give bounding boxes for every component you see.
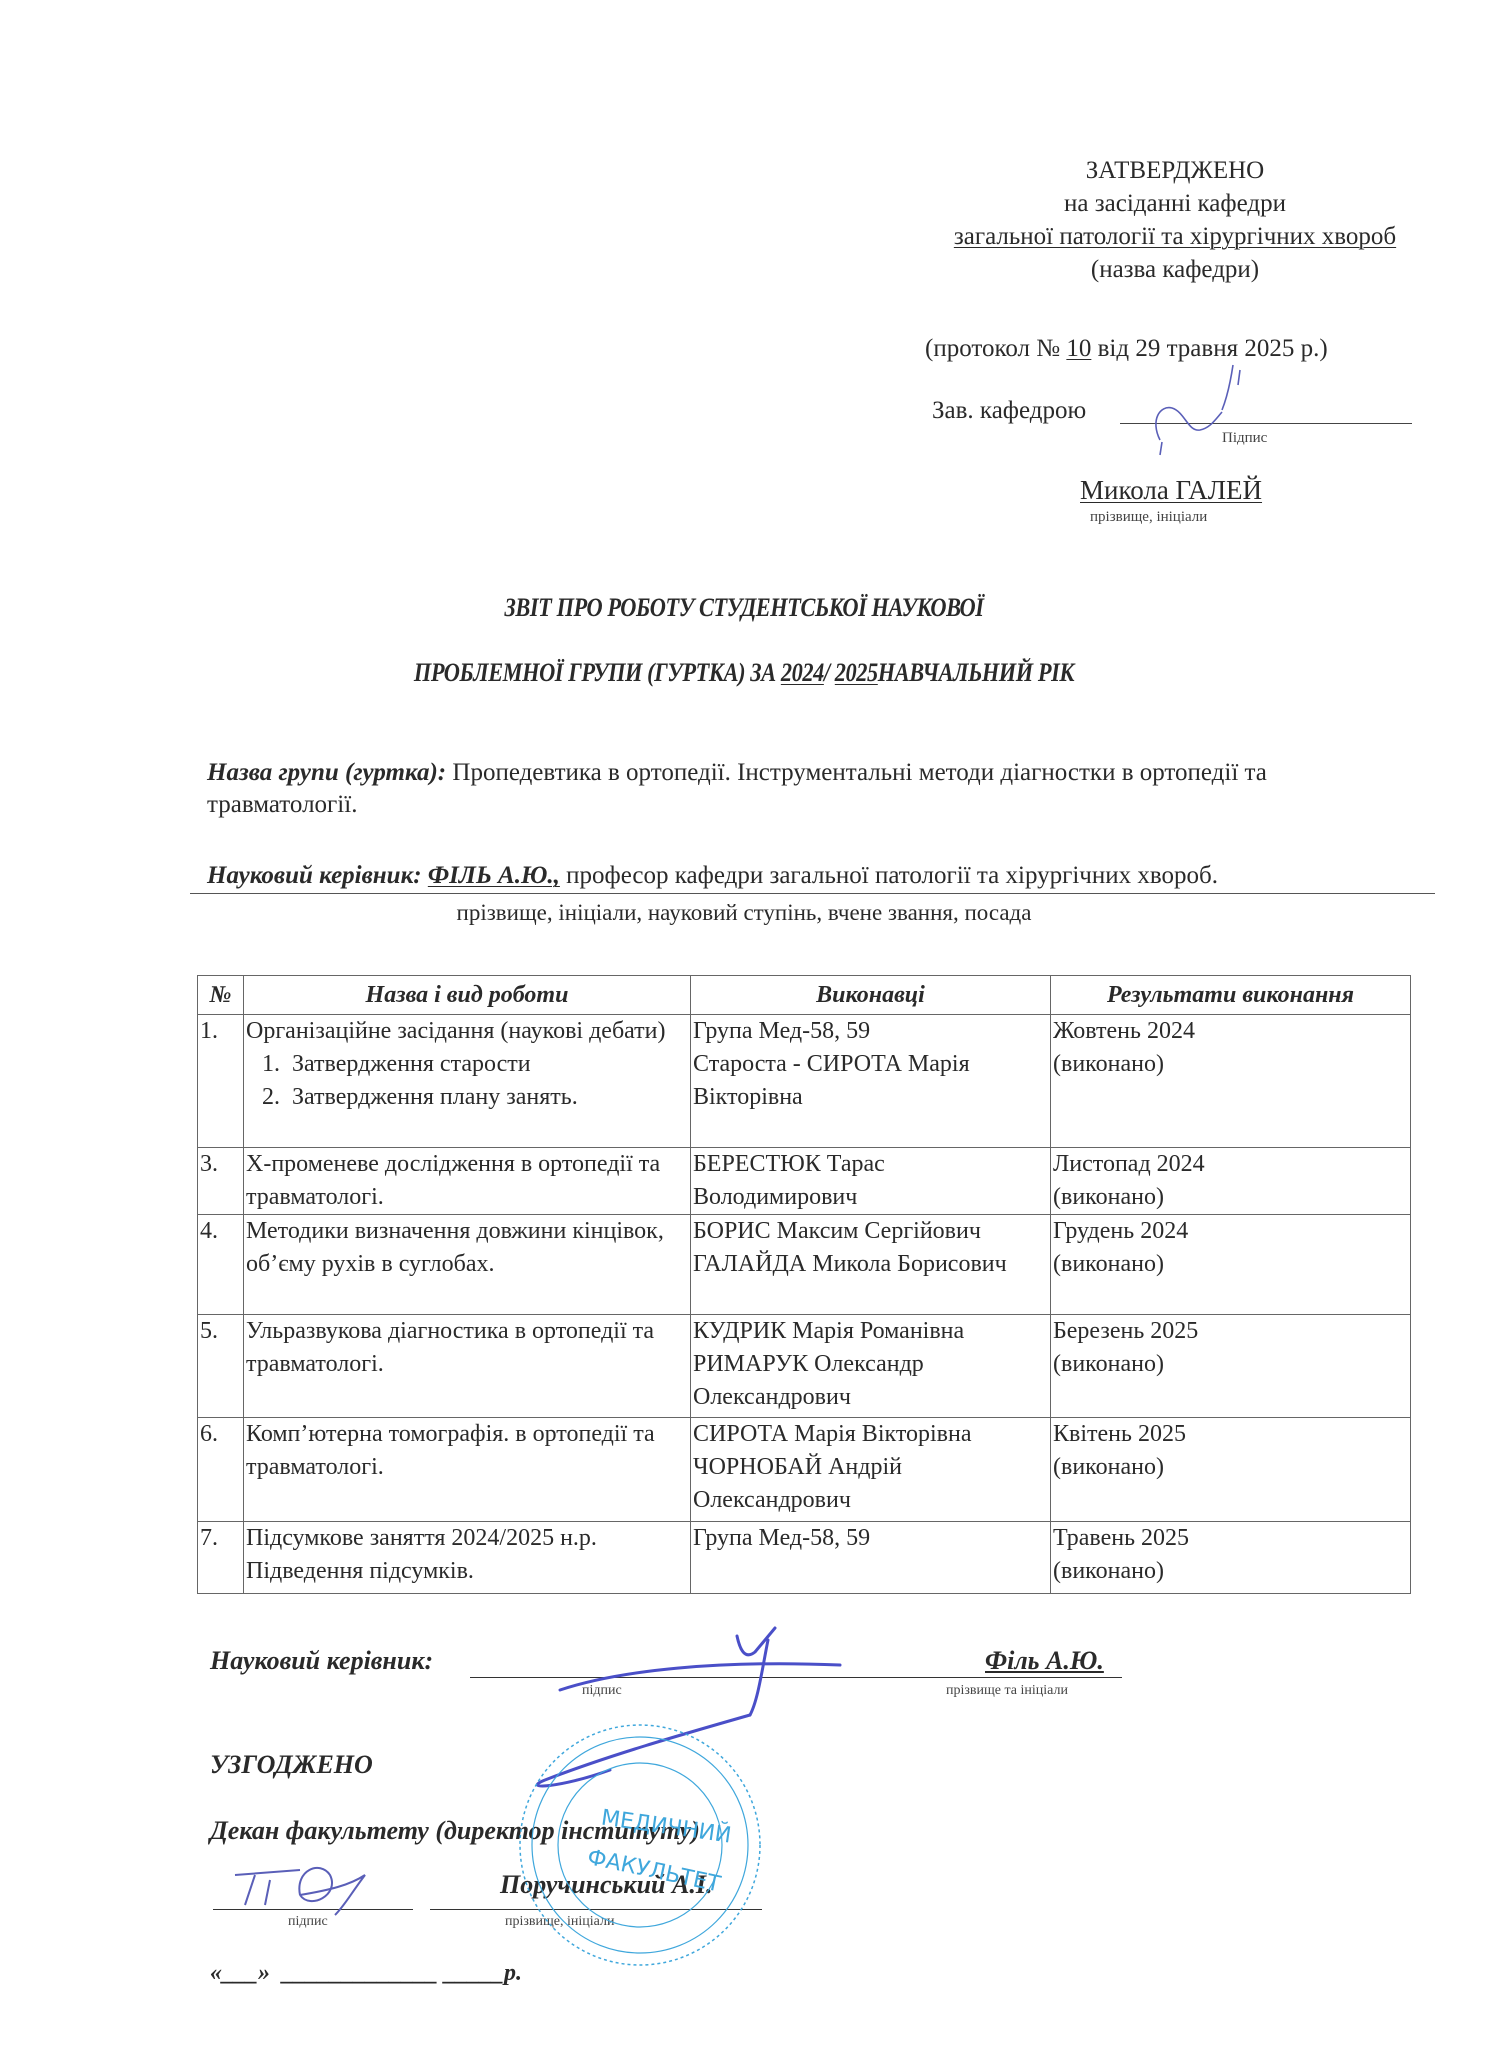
dean-signature-caption: підпис (288, 1914, 328, 1930)
title-line2-text: ПРОБЛЕМНОЇ ГРУПИ (ГУРТКА) ЗА 2024/ 2025Н… (104, 658, 1384, 688)
row-performers: БЕРЕСТЮК Тарас Володимирович (691, 1148, 1051, 1215)
row-work-title: Підсумкове заняття 2024/2025 н.р. Підвед… (244, 1522, 691, 1594)
result-date: Березень 2025 (1053, 1315, 1408, 1348)
year-end: 2025 (835, 658, 878, 687)
report-title-line2: ПРОБЛЕМНОЇ ГРУПИ (ГУРТКА) ЗА 2024/ 2025Н… (0, 658, 1488, 688)
header-results: Результати виконання (1051, 976, 1411, 1015)
date-line: «___» _____________ _____р. (210, 1960, 522, 1987)
supervisor-name-caption: прізвище та ініціали (946, 1683, 1068, 1699)
supervisor-info: Науковий керівник: ФІЛЬ А.Ю., професор к… (207, 860, 1467, 892)
dean-name: Поручинський А.І. (500, 1870, 712, 1900)
table-row: 7.Підсумкове заняття 2024/2025 н.р. Підв… (198, 1522, 1411, 1594)
row-performers: КУДРИК Марія РоманівнаРИМАРУК Олександр … (691, 1315, 1051, 1418)
performer: РИМАРУК Олександр Олександрович (693, 1348, 1048, 1414)
protocol-number: 10 (1066, 335, 1091, 362)
dean-title: Декан факультету (директор інституту) (210, 1816, 700, 1846)
result-status: (виконано) (1053, 1181, 1408, 1214)
row-work-title: Методики визначення довжини кінцівок, об… (244, 1215, 691, 1315)
row-result: Листопад 2024(виконано) (1051, 1148, 1411, 1215)
year-start: 2024 (781, 658, 824, 687)
result-date: Квітень 2025 (1053, 1418, 1408, 1451)
performer: СИРОТА Марія Вікторівна (693, 1418, 1048, 1451)
group-name-label: Назва групи (гуртка): (207, 759, 446, 786)
row-number: 3. (198, 1148, 244, 1215)
row-result: Березень 2025(виконано) (1051, 1315, 1411, 1418)
supervisor-signature-line (470, 1677, 1122, 1678)
year-separator: / (824, 658, 835, 687)
row-number: 5. (198, 1315, 244, 1418)
protocol-prefix: (протокол № (925, 335, 1066, 362)
performer: КУДРИК Марія Романівна (693, 1315, 1048, 1348)
group-name: Назва групи (гуртка): Пропедевтика в орт… (207, 757, 1407, 821)
row-performers: БОРИС Максим СергійовичГАЛАЙДА Микола Бо… (691, 1215, 1051, 1315)
protocol-line: (протокол № 10 від 29 травня 2025 р.) (925, 335, 1328, 363)
performer: БЕРЕСТЮК Тарас Володимирович (693, 1148, 1048, 1214)
work-subitems: Затвердження старостиЗатвердження плану … (246, 1048, 688, 1114)
work-title-text: Х-променеве дослідження в ортопедії та т… (246, 1148, 688, 1214)
result-date: Листопад 2024 (1053, 1148, 1408, 1181)
header-performers: Виконавці (691, 976, 1051, 1015)
approval-block: ЗАТВЕРДЖЕНО на засіданні кафедри загальн… (900, 154, 1450, 286)
result-status: (виконано) (1053, 1451, 1408, 1484)
row-number: 7. (198, 1522, 244, 1594)
table-row: 1.Організаційне засідання (наукові дебат… (198, 1015, 1411, 1148)
supervisor-sign-label: Науковий керівник: (210, 1646, 433, 1676)
row-number: 6. (198, 1418, 244, 1522)
head-name: Микола ГАЛЕЙ (1080, 475, 1262, 506)
row-number: 1. (198, 1015, 244, 1148)
performer: Група Мед-58, 59 (693, 1522, 1048, 1555)
row-performers: СИРОТА Марія ВікторівнаЧОРНОБАЙ Андрій О… (691, 1418, 1051, 1522)
performer: Староста - СИРОТА Марія Вікторівна (693, 1048, 1048, 1114)
title-line1-text: ЗВІТ ПРО РОБОТУ СТУДЕНТСЬКОЇ НАУКОВОЇ (104, 593, 1384, 623)
performer: ЧОРНОБАЙ Андрій Олександрович (693, 1451, 1048, 1517)
work-title-text: Підсумкове заняття 2024/2025 н.р. Підвед… (246, 1522, 688, 1588)
supervisor-underline (190, 893, 1435, 894)
work-title-text: Методики визначення довжини кінцівок, об… (246, 1215, 688, 1281)
work-subitem: Затвердження плану занять. (286, 1081, 688, 1114)
work-title-text: Організаційне засідання (наукові дебати) (246, 1015, 688, 1048)
row-performers: Група Мед-58, 59 (691, 1522, 1051, 1594)
header-number: № (198, 976, 244, 1015)
report-table: № Назва і вид роботи Виконавці Результат… (197, 975, 1411, 1594)
supervisor-signature-caption: підпис (582, 1683, 622, 1699)
dean-name-caption: прізвище, ініціали (505, 1914, 614, 1930)
agreed-heading: УЗГОДЖЕНО (210, 1750, 373, 1780)
result-status: (виконано) (1053, 1048, 1408, 1081)
head-signature-caption: Підпис (1222, 430, 1267, 447)
performer: Група Мед-58, 59 (693, 1015, 1048, 1048)
approval-heading: ЗАТВЕРДЖЕНО (900, 154, 1450, 187)
result-date: Грудень 2024 (1053, 1215, 1408, 1248)
head-of-department-label: Зав. кафедрою (932, 397, 1086, 425)
table-row: 4.Методики визначення довжини кінцівок, … (198, 1215, 1411, 1315)
row-result: Квітень 2025(виконано) (1051, 1418, 1411, 1522)
report-title-line1: ЗВІТ ПРО РОБОТУ СТУДЕНТСЬКОЇ НАУКОВОЇ (0, 593, 1488, 623)
table-row: 6.Комп’ютерна томографія. в ортопедії та… (198, 1418, 1411, 1522)
table-row: 3.Х-променеве дослідження в ортопедії та… (198, 1148, 1411, 1215)
table-row: 5.Ульразвукова діагностика в ортопедії т… (198, 1315, 1411, 1418)
result-status: (виконано) (1053, 1248, 1408, 1281)
protocol-suffix: від 29 травня 2025 р.) (1091, 335, 1327, 362)
head-name-caption: прізвище, ініціали (1090, 509, 1207, 526)
supervisor-label: Науковий керівник: (207, 862, 428, 889)
row-result: Грудень 2024(виконано) (1051, 1215, 1411, 1315)
result-date: Жовтень 2024 (1053, 1015, 1408, 1048)
performer: ГАЛАЙДА Микола Борисович (693, 1248, 1048, 1281)
supervisor-sign-name: Філь А.Ю. (985, 1646, 1104, 1676)
row-work-title: Х-променеве дослідження в ортопедії та т… (244, 1148, 691, 1215)
department-caption: (назва кафедри) (900, 253, 1450, 286)
header-work-title: Назва і вид роботи (244, 976, 691, 1015)
row-work-title: Організаційне засідання (наукові дебати)… (244, 1015, 691, 1148)
title-line2-suffix: НАВЧАЛЬНИЙ РІК (878, 658, 1074, 687)
dean-signature-line (213, 1909, 413, 1910)
supervisor-signature-icon (537, 1628, 840, 1786)
supervisor-caption: прізвище, ініціали, науковий ступінь, вч… (0, 900, 1488, 926)
row-result: Жовтень 2024(виконано) (1051, 1015, 1411, 1148)
title-line2-prefix: ПРОБЛЕМНОЇ ГРУПИ (ГУРТКА) ЗА (414, 658, 781, 687)
result-status: (виконано) (1053, 1555, 1408, 1588)
head-signature-line (1120, 423, 1412, 424)
department-name: загальної патології та хірургічних хворо… (900, 220, 1450, 253)
row-performers: Група Мед-58, 59Староста - СИРОТА Марія … (691, 1015, 1051, 1148)
supervisor-name: ФІЛЬ А.Ю., (428, 862, 560, 889)
performer: БОРИС Максим Сергійович (693, 1215, 1048, 1248)
approval-meeting-line: на засіданні кафедри (900, 187, 1450, 220)
work-title-text: Комп’ютерна томографія. в ортопедії та т… (246, 1418, 688, 1484)
row-result: Травень 2025(виконано) (1051, 1522, 1411, 1594)
work-subitem: Затвердження старости (286, 1048, 688, 1081)
result-status: (виконано) (1053, 1348, 1408, 1381)
work-title-text: Ульразвукова діагностика в ортопедії та … (246, 1315, 688, 1381)
row-number: 4. (198, 1215, 244, 1315)
row-work-title: Ульразвукова діагностика в ортопедії та … (244, 1315, 691, 1418)
table-header-row: № Назва і вид роботи Виконавці Результат… (198, 976, 1411, 1015)
dean-signature-icon (235, 1868, 365, 1915)
row-work-title: Комп’ютерна томографія. в ортопедії та т… (244, 1418, 691, 1522)
supervisor-position: професор кафедри загальної патології та … (560, 862, 1218, 889)
dean-name-line (430, 1909, 762, 1910)
result-date: Травень 2025 (1053, 1522, 1408, 1555)
